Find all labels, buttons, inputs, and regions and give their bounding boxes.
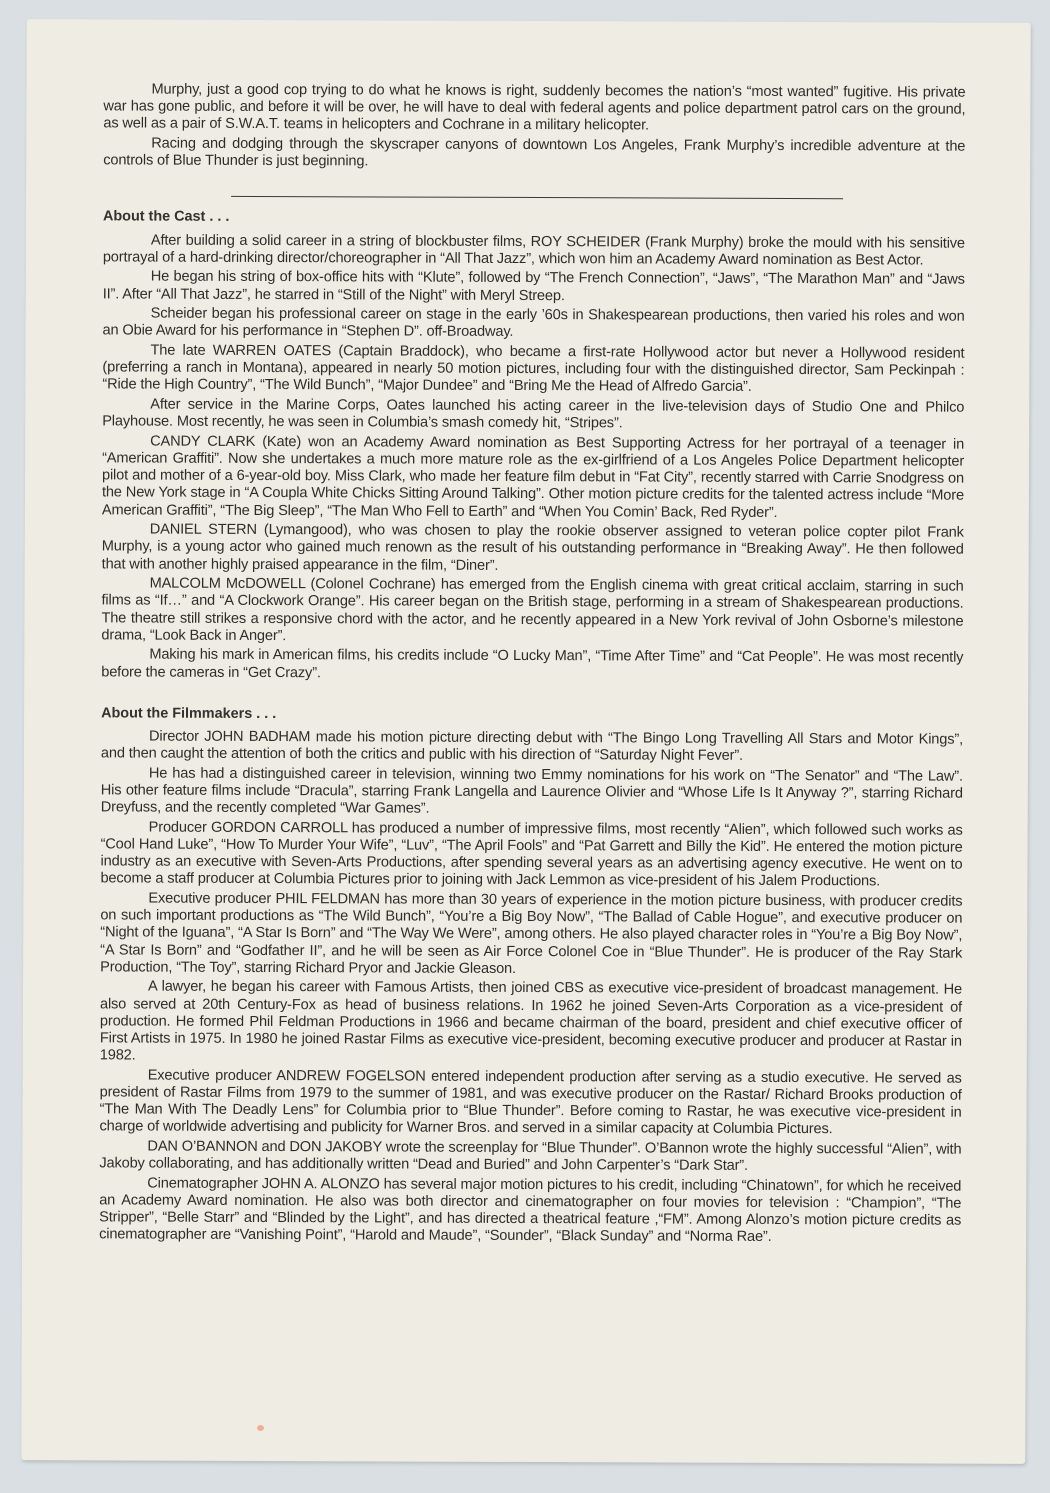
filmmakers-paragraph: Producer GORDON CARROLL has produced a n…: [100, 819, 962, 891]
cast-paragraph: CANDY CLARK (Kate) won an Academy Award …: [102, 433, 964, 522]
cast-paragraph: Making his mark in American films, his c…: [101, 647, 963, 685]
cast-paragraph: Scheider began his professional career o…: [103, 306, 965, 344]
page-content: Murphy, just a good cop trying to do wha…: [99, 81, 965, 1249]
filmmakers-section: About the Filmmakers . . . Director JOHN…: [99, 705, 963, 1247]
cast-section: About the Cast . . . After building a so…: [101, 209, 965, 685]
filmmakers-paragraph: Cinematographer JOHN A. ALONZO has sever…: [99, 1175, 961, 1247]
filmmakers-paragraph: He has had a distinguished career in tel…: [101, 765, 963, 820]
filmmakers-paragraph: Director JOHN BADHAM made his motion pic…: [101, 728, 963, 766]
filmmakers-paragraph: Executive producer ANDREW FOGELSON enter…: [99, 1067, 961, 1139]
cast-paragraph: The late WARREN OATES (Captain Braddock)…: [102, 342, 964, 397]
cast-paragraph: After service in the Marine Corps, Oates…: [102, 396, 964, 434]
paper-stain-mark: [257, 1425, 264, 1431]
intro-section: Murphy, just a good cop trying to do wha…: [103, 81, 965, 173]
cast-paragraph: MALCOLM McDOWELL (Colonel Cochrane) has …: [101, 576, 963, 648]
press-sheet-page: Murphy, just a good cop trying to do wha…: [21, 19, 1031, 1464]
cast-paragraph: DANIEL STERN (Lymangood), who was chosen…: [102, 522, 964, 577]
section-divider: [231, 196, 843, 199]
cast-heading: About the Cast . . .: [103, 209, 965, 230]
cast-paragraph: After building a solid career in a strin…: [103, 232, 965, 270]
filmmakers-heading: About the Filmmakers . . .: [101, 705, 963, 726]
filmmakers-paragraph: Executive producer PHIL FELDMAN has more…: [100, 890, 962, 979]
cast-paragraph: He began his string of box-office hits w…: [103, 269, 965, 307]
filmmakers-paragraph: A lawyer, he began his career with Famou…: [100, 979, 962, 1068]
intro-paragraph: Murphy, just a good cop trying to do wha…: [103, 81, 965, 136]
filmmakers-paragraph: DAN O’BANNON and DON JAKOBY wrote the sc…: [99, 1138, 961, 1176]
intro-paragraph: Racing and dodging through the skyscrape…: [103, 135, 965, 173]
